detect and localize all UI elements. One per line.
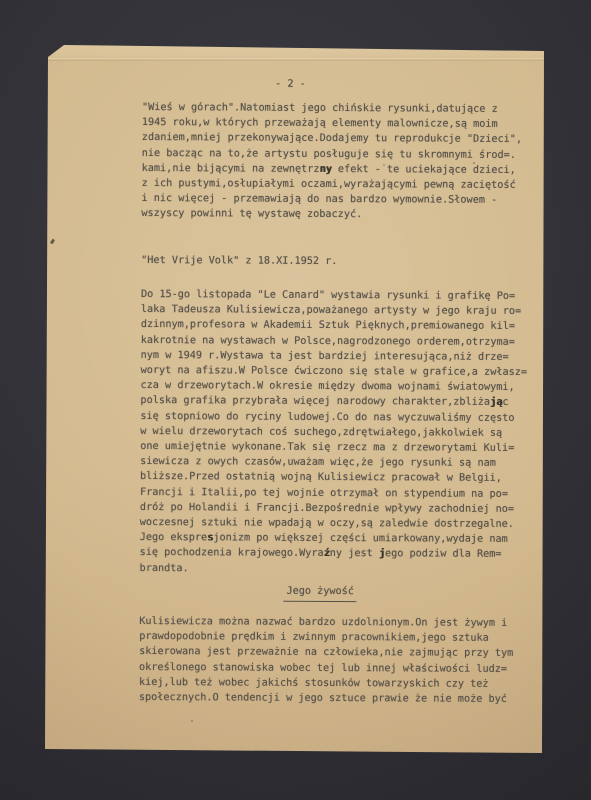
typed-line: dzinnym,profesora w Akademii Sztuk Piękn… <box>141 317 527 334</box>
photo-background: - 2 - "Wieś w górach".Natomiast jego chi… <box>0 0 591 800</box>
page-content: - 2 - "Wieś w górach".Natomiast jego chi… <box>42 43 545 755</box>
document-page: - 2 - "Wieś w górach".Natomiast jego chi… <box>45 44 544 753</box>
typed-line: zdaniem,mniej przekonywające.Dodajemy tu… <box>142 130 522 147</box>
typed-paragraph-3: Kulisiewicza można nazwać bardzo uzdolni… <box>139 614 514 707</box>
typed-line: społecznych.O tendencji w jego sztuce pr… <box>139 690 513 707</box>
typed-line: skierowana jest przeważnie na człowieka,… <box>139 644 513 661</box>
typed-line: się stopniowo do ryciny ludowej.Co do na… <box>140 409 526 426</box>
typed-line: brandta. <box>140 561 526 578</box>
typed-line: określonego stanowiska wobec tej lub inn… <box>139 660 513 677</box>
page-number: - 2 - <box>275 77 306 92</box>
typed-line: polska grafika przybrała więcej narodowy… <box>140 393 526 410</box>
typed-line: nie bacząc na to,że artystu posługuje si… <box>142 146 522 163</box>
typed-line: kakrotnie na wystawach w Polsce,nagrodzo… <box>141 333 527 350</box>
typed-line: wszyscy powinni tę wystawę zobaczyć. <box>141 206 521 223</box>
typed-line: bliższe.Przed ostatnią wojną Kulisiewicz… <box>140 469 526 486</box>
source-citation-line: "Het Vrije Volk" z 18.XI.1952 r. <box>141 253 337 269</box>
typed-line: się pochodzenia krajowego.Wyraźny jest j… <box>140 545 526 562</box>
typed-line: Francji i Italii,po tej wojnie otrzymał … <box>140 485 526 502</box>
typed-paragraph-1: "Wieś w górach".Natomiast jego chińskie … <box>141 100 522 224</box>
section-heading: Jego żywość <box>283 584 357 603</box>
typed-paragraph-2: Do 15-go listopada "Le Canard" wystawia … <box>140 287 528 578</box>
